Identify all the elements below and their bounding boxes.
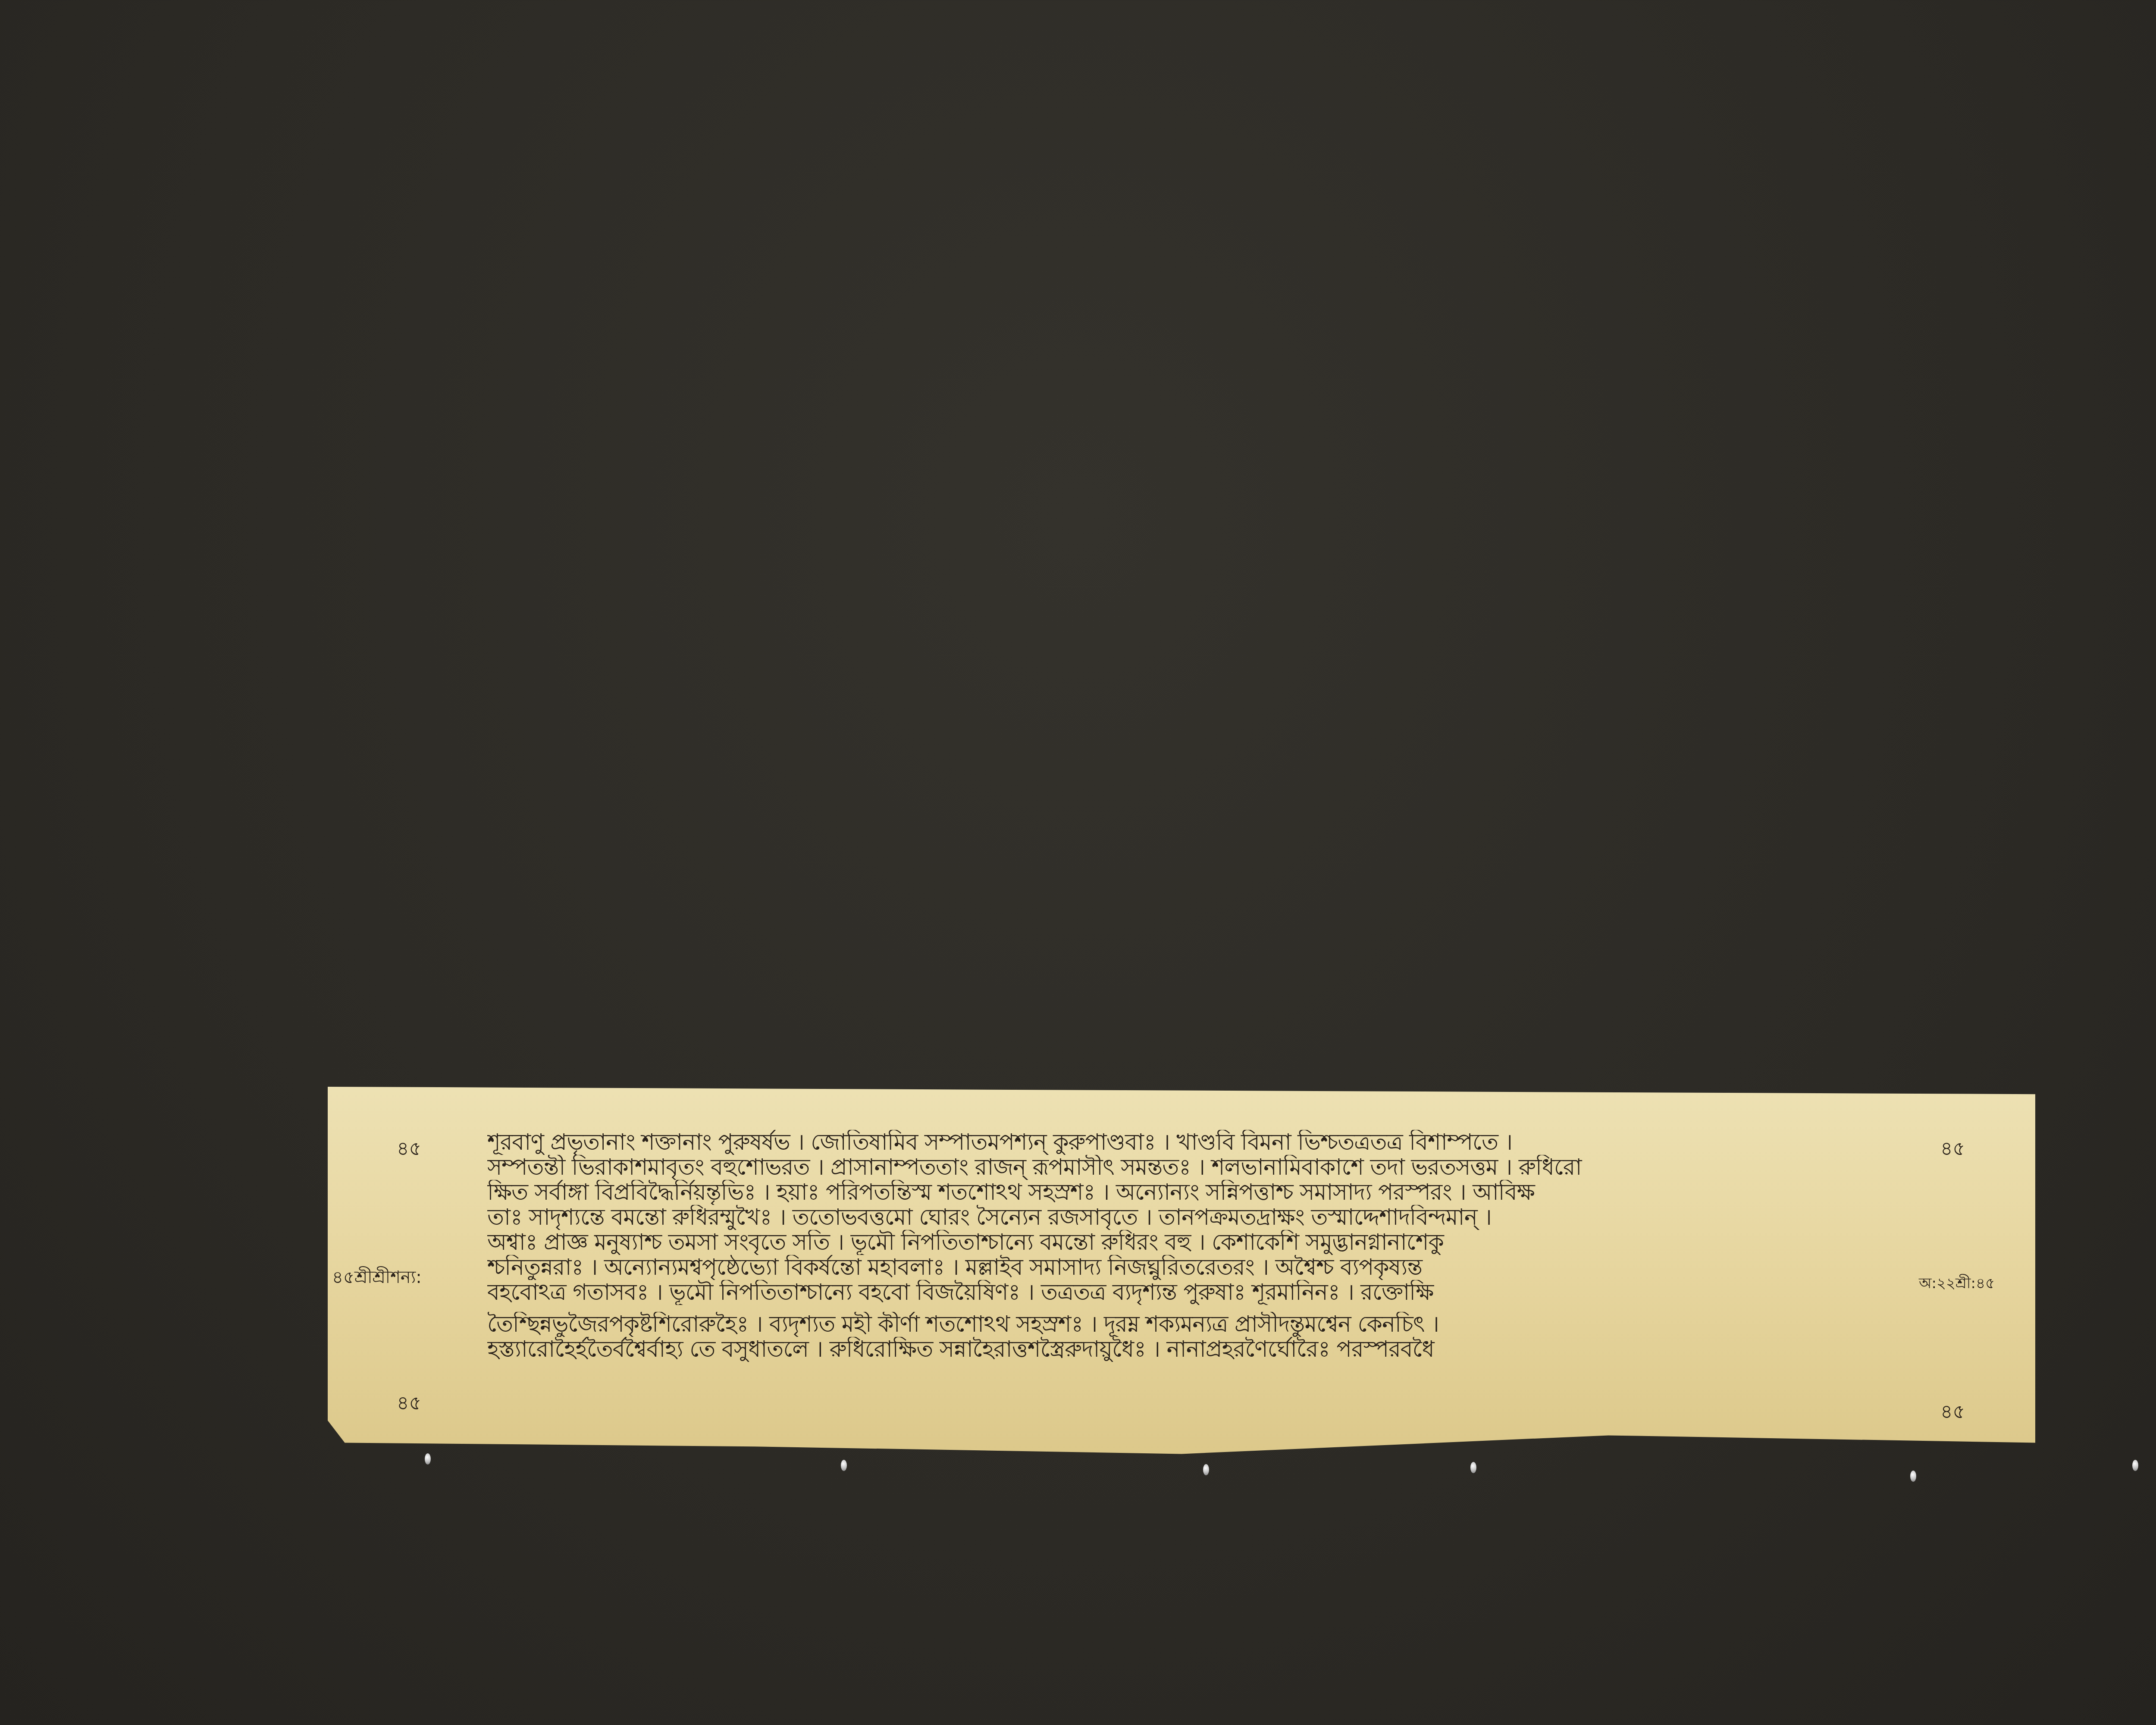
mounting-pin bbox=[2132, 1460, 2138, 1471]
manuscript-leaf: ৪৫ ৪৫শ্রীশ্রীশন্য: ৪৫ ৪৫ অ:২২শ্রী:৪৫ ৪৫ … bbox=[328, 1087, 2035, 1458]
text-line: তাঃ সাদৃশ্যন্তে বমন্তো রুধিরম্মুখৈঃ । তত… bbox=[487, 1205, 1962, 1230]
right-margin-bottom-mark: ৪৫ bbox=[1940, 1397, 1965, 1429]
mounting-pin bbox=[425, 1453, 431, 1465]
text-line: শ্চনিতুন্নরাঃ । অন্যোন্যমশ্বপৃষ্ঠেভ্যো ব… bbox=[487, 1255, 1962, 1280]
text-line: অশ্বাঃ প্রাজ্ঞ মনুষ্যাশ্চ তমসা সংবৃতে সত… bbox=[487, 1230, 1962, 1255]
manuscript-text: শূরবাণু প্রভৃতানাং শক্তানাং পুরুষর্ষভ । … bbox=[487, 1130, 1962, 1362]
text-line: হস্ত্যারোহৈর্হতৈর্বশ্বৈর্বাহ্য তে বসুধাত… bbox=[487, 1337, 1962, 1362]
left-margin-middle-mark: ৪৫শ্রীশ্রীশন্য: bbox=[332, 1264, 422, 1292]
mounting-pin bbox=[1910, 1471, 1916, 1482]
mounting-pin bbox=[1203, 1464, 1209, 1475]
mounting-pin bbox=[841, 1460, 847, 1471]
text-line: বহবোঽত্র গতাসবঃ । ভূমৌ নিপতিতাশ্চান্যে ব… bbox=[487, 1280, 1962, 1305]
text-line: সম্পতন্তী ভিরাকাশমাবৃতং বহুশোভরত । প্রাস… bbox=[487, 1155, 1962, 1180]
left-margin-top-mark: ৪৫ bbox=[397, 1134, 421, 1166]
text-line: ক্ষিত সর্বাঙ্গা বিপ্রবিদ্ধৈর্নিয়ন্তৃভিঃ… bbox=[487, 1180, 1962, 1205]
text-line: শূরবাণু প্রভৃতানাং শক্তানাং পুরুষর্ষভ । … bbox=[487, 1130, 1962, 1155]
mounting-pin bbox=[1470, 1462, 1476, 1473]
text-line: তৈশ্ছিন্নভুজৈরপকৃষ্টশিরোরুহৈঃ । ব্যদৃশ্য… bbox=[487, 1312, 1962, 1337]
left-margin-bottom-mark: ৪৫ bbox=[397, 1389, 421, 1420]
